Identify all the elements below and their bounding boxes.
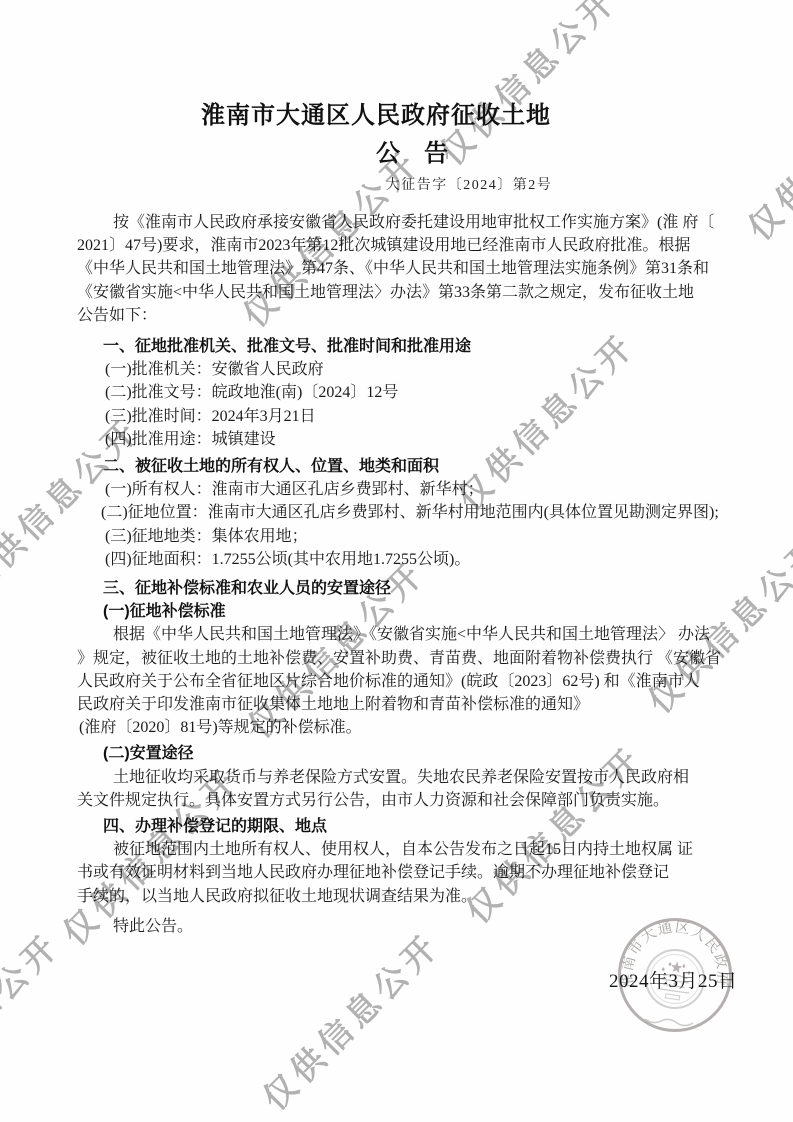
- body-line: (二)征地位置：淮南市大通区孔店乡费郢村、新华村用地范围内(具体位置见勘测定界图…: [77, 501, 713, 524]
- notice-title: 公 告: [94, 139, 730, 169]
- notice-document: 淮南市大通区人民政府征收土地 公 告 大征告字〔2024〕第2号 按《淮南市人民…: [77, 101, 713, 938]
- body-line: 《安徽省实施<中华人民共和国土地管理法〉办法》第33条第二款之规定，发布征收土地: [77, 281, 713, 304]
- body-line: 关文件规定执行。具体安置方式另行公告，由市人力资源和社会保障部门负责实施。: [77, 789, 713, 812]
- body-line: (一)批准机关：安徽省人民政府: [77, 358, 713, 381]
- body-line: (淮府〔2020〕81号)等规定的补偿标准。: [77, 716, 713, 739]
- section-heading: 四、办理补偿登记的期限、地点: [77, 815, 713, 838]
- body-line: 手续的，以当地人民政府拟征收土地现状调查结果为准。: [77, 885, 713, 908]
- watermark-text: 仅供信息公开: [251, 921, 450, 1120]
- body-line: (三)批准时间：2024年3月21日: [77, 405, 713, 428]
- body-line: (二)批准文号：皖政地淮(南)〔2024〕12号: [77, 381, 713, 404]
- issue-date: 2024年3月25日: [609, 966, 738, 993]
- body-line: 》规定，被征收土地的土地补偿费、安置补助费、青苗费、地面附着物补偿费执行 《安徽…: [77, 647, 713, 670]
- body-line: 土地征收均采取货币与养老保险方式安置。失地农民养老保险安置按市人民政府相: [77, 766, 713, 789]
- body-line: 人民政府关于公布全省征地区片综合地价标准的通知》(皖政〔2023〕62号) 和《…: [77, 670, 713, 693]
- body-line: 书或有效证明材料到当地人民政府办理征地补偿登记手续。逾期不办理征地补偿登记: [77, 861, 713, 884]
- section-heading: 三、征地补偿标准和农业人员的安置途径: [77, 577, 713, 600]
- watermark-text: 仅供信息公开: [736, 51, 793, 250]
- body-line: 根据《中华人民共和国土地管理法》《安徽省实施<中华人民共和国土地管理法〉 办法: [77, 623, 713, 646]
- document-body: 按《淮南市人民政府承接安徽省人民政府委托建设用地审批权工作实施方案》(淮 府〔2…: [77, 211, 713, 938]
- body-line: (三)征地地类：集体农用地；: [77, 525, 713, 548]
- body-line: (四)批准用途：城镇建设: [77, 428, 713, 451]
- body-line: 按《淮南市人民政府承接安徽省人民政府委托建设用地审批权工作实施方案》(淮 府〔: [77, 211, 713, 234]
- body-line: 民政府关于印发淮南市征收集体土地地上附着物和青苗补偿标准的通知》: [77, 693, 713, 716]
- body-line: 被征地范围内土地所有权人、使用权人，自本公告发布之日起15日内持土地权属 证: [77, 838, 713, 861]
- doc-number: 大征告字〔2024〕第2号: [151, 176, 787, 196]
- section-heading: 一、征地批准机关、批准文号、批准时间和批准用途: [77, 335, 713, 358]
- body-line: 2021〕47号)要求，淮南市2023年第12批次城镇建设用地已经淮南市人民政府…: [77, 234, 713, 257]
- body-line: (一)所有权人：淮南市大通区孔店乡费郢村、新华村；: [77, 478, 713, 501]
- body-line: 公告如下：: [77, 304, 713, 327]
- body-line: (四)征地面积：1.7255公顷(其中农用地1.7255公顷)。: [77, 548, 713, 571]
- watermark-text: 仅供信息公开: [0, 921, 69, 1120]
- section-heading: (一)征地补偿标准: [77, 600, 713, 623]
- body-line: 《中华人民共和国土地管理法》第47条、《中华人民共和国土地管理法实施条例》第31…: [77, 257, 713, 280]
- section-heading: 二、被征收土地的所有权人、位置、地类和面积: [77, 455, 713, 478]
- page-title: 淮南市大通区人民政府征收土地: [58, 101, 694, 131]
- scanned-notice-page: 仅供信息公开仅供信息公开仅供信息公开仅供信息公开仅供信息公开仅供信息公开仅供信息…: [0, 0, 793, 1122]
- section-heading: (二)安置途径: [77, 742, 713, 765]
